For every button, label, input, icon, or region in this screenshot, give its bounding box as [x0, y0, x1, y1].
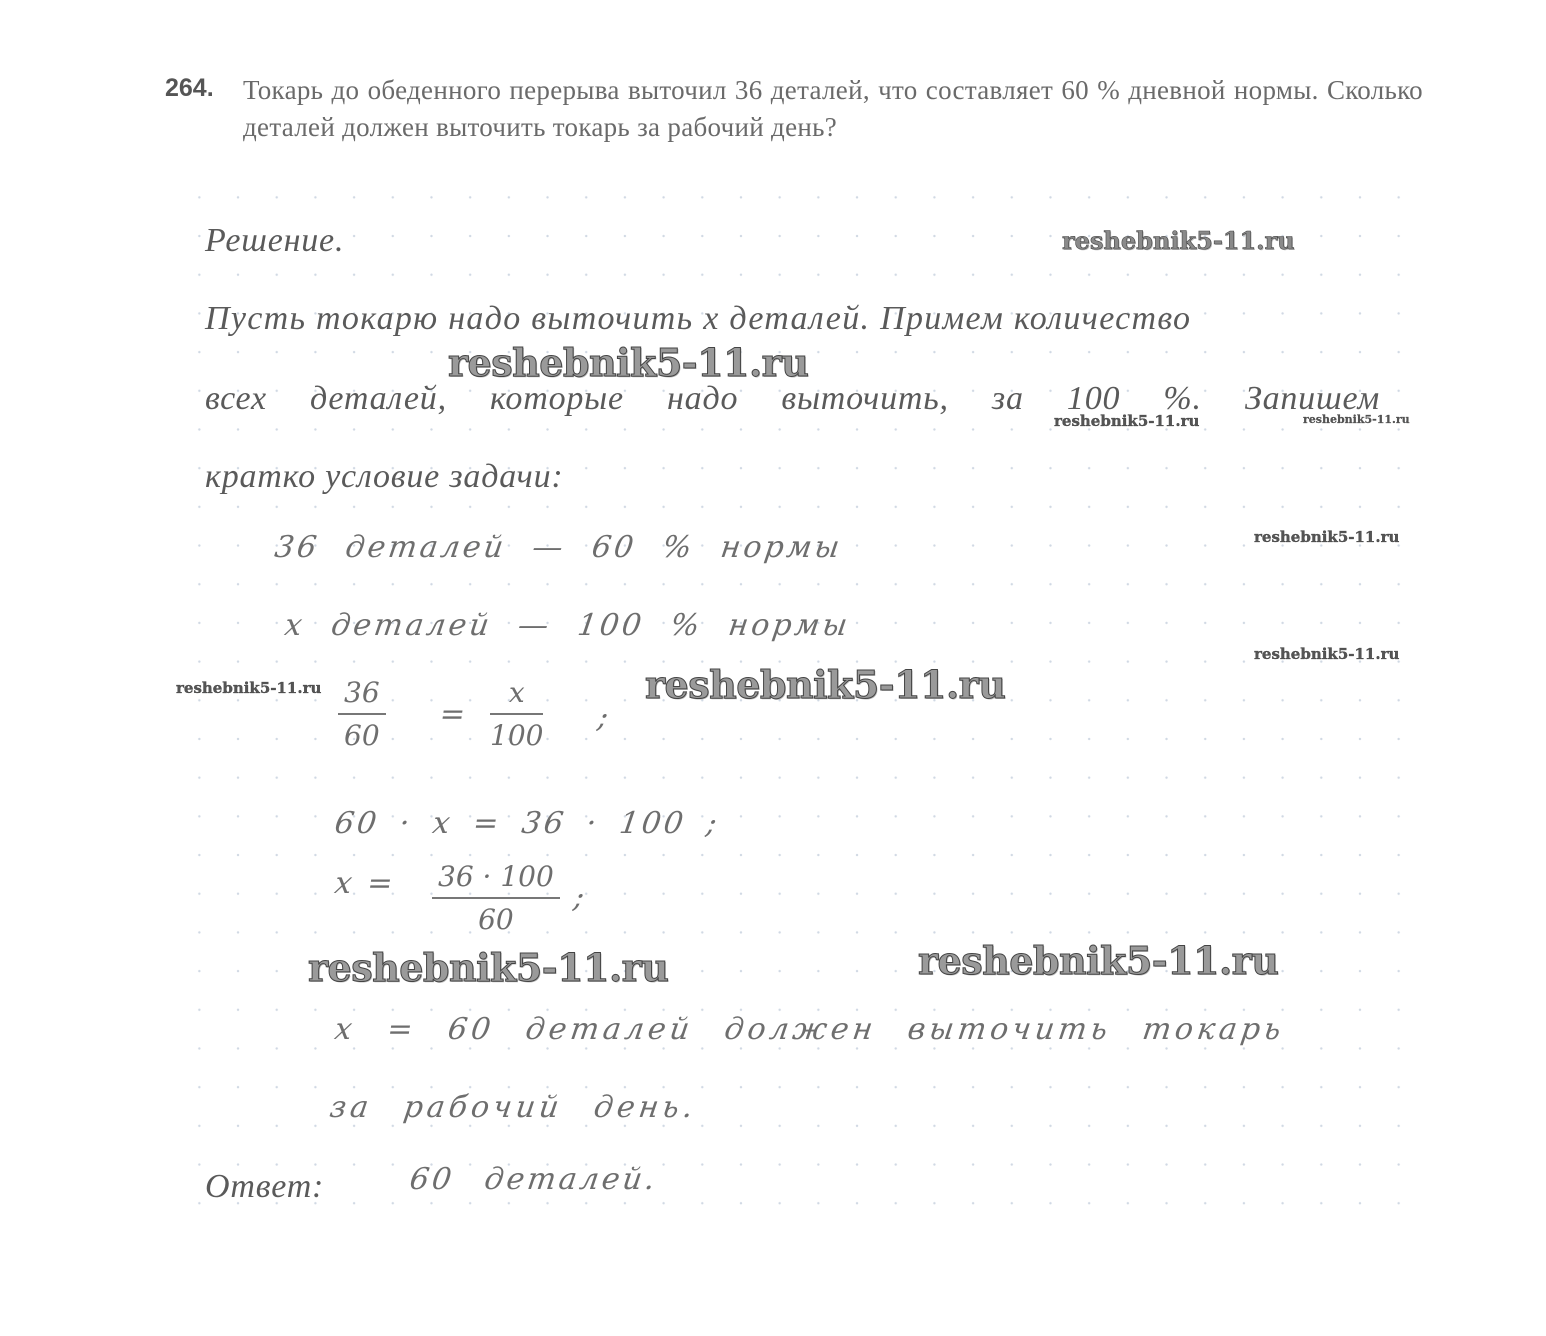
result-line-2: за рабочий день.: [328, 1090, 699, 1125]
word: которые: [490, 380, 624, 418]
watermark: reshebnik5-11.ru: [448, 340, 808, 385]
word: за: [992, 380, 1024, 418]
watermark: reshebnik5-11.ru: [918, 938, 1278, 983]
problem-text: Токарь до обеденного перерыва выточил 36…: [243, 72, 1423, 146]
watermark: reshebnik5-11.ru: [1254, 528, 1399, 546]
fraction-denominator: 60: [478, 899, 514, 936]
condition-line-1: 36 деталей — 60 % нормы: [273, 530, 845, 565]
fraction-numerator: 36: [338, 676, 386, 713]
solution-line-1: Пусть токарю надо выточить x деталей. Пр…: [205, 300, 1191, 338]
watermark: reshebnik5-11.ru: [645, 662, 1005, 707]
equation-1: 60 · x = 36 · 100 ;: [333, 806, 723, 841]
solution-line-2: всех деталей, которые надо выточить, за …: [205, 380, 1380, 418]
condition-line-2: x деталей — 100 % нормы: [283, 608, 853, 643]
word: надо: [667, 380, 738, 418]
answer-value: 60 деталей.: [408, 1162, 660, 1197]
fraction-left: 36 60: [338, 676, 386, 752]
equals-sign: =: [438, 697, 471, 732]
answer-label: Ответ:: [205, 1168, 324, 1206]
watermark: reshebnik5-11.ru: [1054, 412, 1199, 430]
fraction-right: x 100: [490, 676, 543, 752]
fraction-numerator: x: [503, 676, 531, 713]
fraction-equation-2: 36 · 100 60: [432, 860, 560, 936]
word: деталей,: [310, 380, 447, 418]
word: всех: [205, 380, 267, 418]
fraction-denominator: 100: [490, 715, 543, 752]
fraction-denominator: 60: [344, 715, 380, 752]
watermark: reshebnik5-11.ru: [1062, 226, 1295, 255]
solution-line-3: кратко условие задачи:: [205, 458, 564, 496]
result-line-1: x = 60 деталей должен выточить токарь: [333, 1012, 1287, 1047]
solution-heading: Решение.: [205, 222, 344, 260]
problem-number: 264.: [165, 74, 214, 103]
equation-2-lhs: x =: [333, 866, 399, 901]
fraction-numerator: 36 · 100: [432, 860, 560, 897]
watermark: reshebnik5-11.ru: [308, 945, 668, 990]
watermark: reshebnik5-11.ru: [1303, 413, 1410, 426]
word: выточить,: [781, 380, 948, 418]
watermark: reshebnik5-11.ru: [1254, 645, 1399, 663]
watermark: reshebnik5-11.ru: [176, 679, 321, 697]
